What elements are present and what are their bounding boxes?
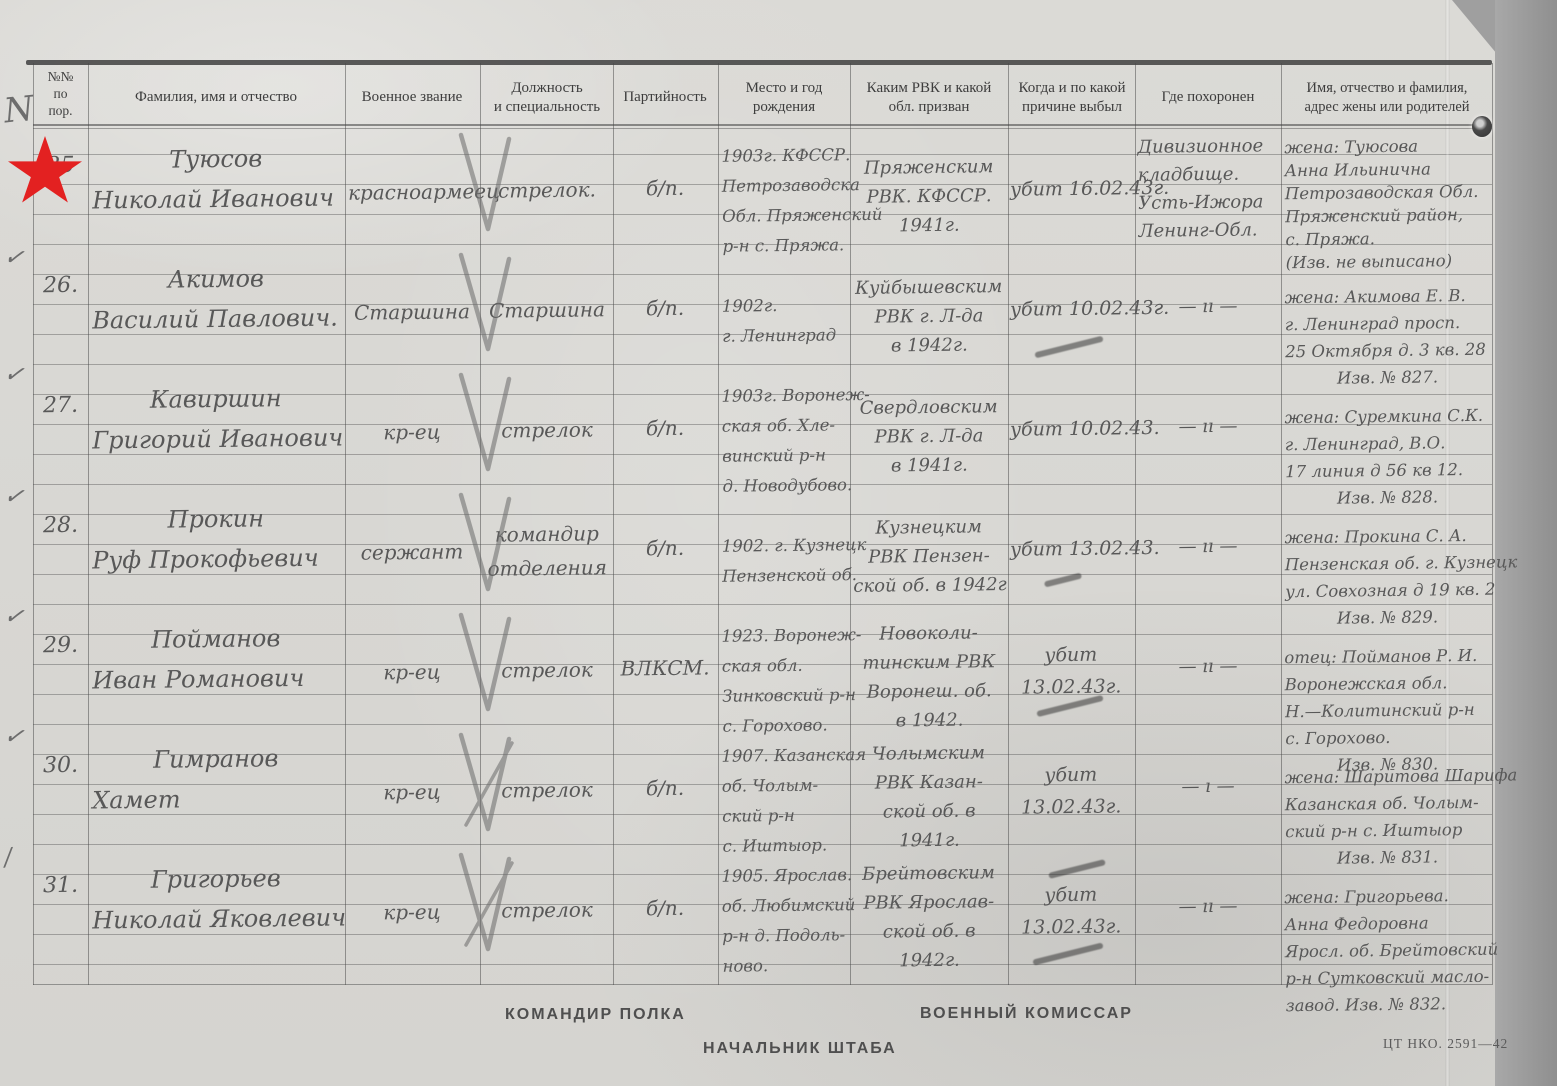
next-of-kin-address-line: Анна Федоровна xyxy=(1285,909,1489,938)
column-header-buried: Где похоронен xyxy=(1138,88,1278,106)
soldier-name-line: Хамет xyxy=(92,777,340,820)
pencil-check-stroke xyxy=(452,127,522,241)
drafting-rvk: КуйбышевскимРВК г. Л-дав 1942г. xyxy=(852,272,1005,361)
party-affiliation-line: б/п. xyxy=(616,292,714,323)
casualty-date-cause: убит13.02.43г. xyxy=(1010,758,1133,823)
column-divider xyxy=(718,63,719,985)
table-bottom-line xyxy=(33,984,1492,985)
casualty-date-cause-line: 13.02.43г. xyxy=(1010,790,1132,823)
next-of-kin-address-line: Н.—Колитинский р-н xyxy=(1285,696,1489,725)
drafting-rvk-line: тинским РВК xyxy=(853,647,1005,678)
column-header-family: Имя, отчество и фамилия,адрес жены или р… xyxy=(1285,79,1489,117)
birth-place-year-line: с. Иштыор. xyxy=(722,830,846,862)
birth-place-year-line: винский р-н xyxy=(722,440,846,472)
burial-place-line: Ленинг-Обл. xyxy=(1138,216,1278,246)
column-divider xyxy=(1008,63,1009,985)
party-affiliation: б/п. xyxy=(616,532,714,563)
birth-place-year-line: 1902г. xyxy=(722,290,846,322)
column-header-party: Партийность xyxy=(616,88,714,106)
drafting-rvk-line: РВК Пензен- xyxy=(853,541,1005,572)
drafting-rvk-line: ской об. в xyxy=(853,916,1005,947)
column-divider xyxy=(613,63,614,985)
next-of-kin-address-line: Казанская об. Чолым- xyxy=(1285,789,1489,818)
soldier-name-line: Николай Иванович xyxy=(92,177,340,220)
birth-place-year-line: ский р-н xyxy=(722,800,846,832)
column-header-left: Когда и по какойпричине выбыл xyxy=(1013,79,1131,117)
birth-place-year-line: 1903г. Воронеж- xyxy=(721,380,845,412)
form-number-stamp: ЦТ НКО. 2591—42 xyxy=(1383,1036,1508,1052)
column-header-line: Должность xyxy=(484,79,610,98)
column-header-line: Место и год xyxy=(722,79,846,98)
drafting-rvk-line: в 1941г. xyxy=(853,450,1005,481)
birth-place-year: 1903г. Воронеж-ская об. Хле-винский р-нд… xyxy=(721,380,846,502)
column-header-line: Имя, отчество и фамилия, xyxy=(1285,79,1489,98)
burial-place: — ıı — xyxy=(1138,292,1278,322)
next-of-kin-address-line: г. Ленинград просп. xyxy=(1285,309,1489,338)
next-of-kin-address-line: жена: Шаритова Шарифа xyxy=(1284,762,1488,791)
drafting-rvk-line: РВК Казан- xyxy=(853,767,1005,798)
drafting-rvk: КузнецкимРВК Пензен-ской об. в 1942г xyxy=(852,512,1005,601)
birth-place-year-line: об. Чолым- xyxy=(722,770,846,802)
drafting-rvk-line: ской об. в 1942г xyxy=(853,570,1005,601)
casualty-date-cause: убит 10.02.43г. xyxy=(1010,292,1132,325)
next-of-kin-address-line: Изв. № 828. xyxy=(1285,483,1489,512)
birth-place-year-line: Обл. Пряженский xyxy=(722,200,846,232)
next-of-kin-address-line: Изв. № 827. xyxy=(1285,363,1489,392)
drafting-rvk-line: в 1942. xyxy=(853,705,1005,736)
column-header-line: №№ xyxy=(33,68,88,85)
column-header-line: Фамилия, имя и отчество xyxy=(92,88,340,106)
drafting-rvk: СвердловскимРВК г. Л-дав 1941г. xyxy=(852,392,1005,481)
next-of-kin-address-line: Пензенская об. г. Кузнецк xyxy=(1285,549,1489,578)
column-header-line: и специальность xyxy=(484,98,610,117)
birth-place-year-line: р-н д. Подоль- xyxy=(722,920,846,952)
casualty-date-cause-line: 13.02.43г. xyxy=(1010,910,1132,943)
next-of-kin-address-line: жена: Прокина С. А. xyxy=(1284,522,1488,551)
column-header-pos: Должностьи специальность xyxy=(484,79,610,117)
casualty-date-cause-line: убит 10.02.43г. xyxy=(1010,292,1132,325)
next-of-kin-address-line: р-н Сутковский масло- xyxy=(1285,963,1489,992)
birth-place-year: 1902. г. КузнецкПензенской об. xyxy=(722,530,847,592)
birth-place-year-line: д. Новодубово. xyxy=(722,470,846,502)
column-divider xyxy=(850,63,851,985)
casualty-date-cause: убит 13.02.43. xyxy=(1010,532,1132,565)
drafting-rvk: Новоколи-тинским РВКВоронеш. об.в 1942. xyxy=(852,618,1005,736)
next-of-kin-address-line: ский р-н с. Иштыор xyxy=(1285,816,1489,845)
burial-place-line: Дивизионное xyxy=(1137,132,1277,162)
soldier-name-line: Туюсов xyxy=(92,137,340,180)
birth-place-year: 1923. Воронеж-ская обл.Зинковский р-нс. … xyxy=(721,620,846,742)
next-of-kin-address: отец: Пойманов Р. И.Воронежская обл.Н.—К… xyxy=(1284,642,1490,779)
column-header-rvk: Каким РВК и какойобл. призван xyxy=(853,79,1005,117)
column-divider xyxy=(1281,63,1282,985)
next-of-kin-address-line: жена: Суремкина С.К. xyxy=(1284,402,1488,431)
soldier-name-line: Григорьев xyxy=(92,857,340,900)
casualty-date-cause: убит13.02.43г. xyxy=(1010,878,1133,943)
casualty-date-cause: убит 10.02.43. xyxy=(1010,412,1132,445)
soldier-name-line: Акимов xyxy=(92,257,340,300)
birth-place-year-line: 1903г. КФССР. xyxy=(721,140,845,172)
drafting-rvk: ПряженскимРВК. КФССР.1941г. xyxy=(852,152,1005,241)
burial-place-line: — ıı — xyxy=(1138,532,1278,562)
next-of-kin-address-line: 17 линия д 56 кв 12. xyxy=(1285,456,1489,485)
next-of-kin-address: жена: Суремкина С.К.г. Ленинград, В.О.17… xyxy=(1284,402,1489,512)
party-affiliation-line: б/п. xyxy=(616,772,714,803)
burial-place: — ıı — xyxy=(1138,892,1278,922)
soldier-name-line: Григорий Иванович xyxy=(92,417,340,460)
next-of-kin-address-line: жена: Григорьева. xyxy=(1284,882,1488,911)
party-affiliation-line: б/п. xyxy=(616,412,714,443)
casualty-date-cause-line: убит xyxy=(1010,878,1132,911)
birth-place-year-line: Петрозаводска xyxy=(722,170,846,202)
next-of-kin-address-line: жена: Туюсова xyxy=(1284,134,1488,159)
burial-place-line: — ıı — xyxy=(1138,292,1278,322)
casualty-date-cause-line: 13.02.43г. xyxy=(1010,670,1132,703)
next-of-kin-address-line: отец: Пойманов Р. И. xyxy=(1284,642,1488,671)
birth-place-year-line: ново. xyxy=(722,950,846,982)
party-affiliation: б/п. xyxy=(616,412,714,443)
party-affiliation: б/п. xyxy=(616,892,714,923)
drafting-rvk-line: ской об. в xyxy=(853,796,1005,827)
drafting-rvk-line: РВК. КФССР. xyxy=(853,181,1005,212)
next-of-kin-address-line: Анна Ильинична xyxy=(1284,157,1488,182)
party-affiliation: б/п. xyxy=(616,772,714,803)
soldier-name: АкимовВасилий Павлович. xyxy=(92,257,341,340)
scanner-background-strip xyxy=(1495,0,1557,1086)
drafting-rvk-line: Куйбышевским xyxy=(852,272,1004,303)
drafting-rvk-line: 1942г. xyxy=(853,945,1005,976)
birth-place-year-line: об. Любимский xyxy=(722,890,846,922)
next-of-kin-address-line: Изв. № 829. xyxy=(1285,603,1489,632)
soldier-name: ПрокинРуф Прокофьевич xyxy=(92,497,341,580)
burial-place-line: — ı — xyxy=(1138,772,1278,802)
row-number-line: 28. xyxy=(33,511,88,542)
column-header-line: Когда и по какой xyxy=(1013,79,1131,98)
birth-place-year-line: Зинковский р-н xyxy=(722,680,846,712)
next-of-kin-address-line: жена: Акимова Е. В. xyxy=(1284,282,1488,311)
pencil-check-stroke xyxy=(452,847,522,961)
column-header-line: Где похоронен xyxy=(1138,88,1278,106)
pencil-check-stroke xyxy=(452,607,522,721)
drafting-rvk-line: Новоколи- xyxy=(852,618,1004,649)
drafting-rvk-line: 1941г. xyxy=(853,825,1005,856)
birth-place-year-line: с. Горохово. xyxy=(722,710,846,742)
header-separator-line xyxy=(33,124,1492,126)
column-header-line: пор. xyxy=(33,102,88,119)
scanned-casualty-register-page: №№попор.Фамилия, имя и отчествоВоенное з… xyxy=(0,0,1557,1086)
soldier-name-line: Василий Павлович. xyxy=(92,297,340,340)
burial-place-line: кладбище. xyxy=(1138,160,1278,190)
drafting-rvk-line: Чолымским xyxy=(852,738,1004,769)
soldier-name-line: Иван Романович xyxy=(92,657,340,700)
burial-place: — ıı — xyxy=(1138,532,1278,562)
party-affiliation: ВЛКСМ. xyxy=(616,652,714,683)
birth-place-year: 1902г.г. Ленинград xyxy=(722,290,847,352)
drafting-rvk-line: РВК г. Л-да xyxy=(853,301,1005,332)
row-number-line: 31. xyxy=(33,871,88,902)
party-affiliation: б/п. xyxy=(616,172,714,203)
casualty-date-cause: убит13.02.43г. xyxy=(1010,638,1133,703)
drafting-rvk-line: в 1942г. xyxy=(853,330,1005,361)
soldier-name-line: Прокин xyxy=(92,497,340,540)
next-of-kin-address: жена: Прокина С. А.Пензенская об. г. Куз… xyxy=(1284,522,1489,632)
margin-check-mark: ✓ xyxy=(2,721,26,752)
punch-hole xyxy=(1472,116,1492,137)
pencil-check-stroke xyxy=(452,487,522,601)
row-number: 27. xyxy=(33,391,88,422)
soldier-name-line: Николай Яковлевич xyxy=(92,897,340,940)
column-header-line: причине выбыл xyxy=(1013,98,1131,117)
soldier-name: ПоймановИван Романович xyxy=(92,617,341,700)
column-header-line: Военное звание xyxy=(348,88,476,106)
drafting-rvk-line: Свердловским xyxy=(852,392,1004,423)
party-affiliation-line: б/п. xyxy=(616,532,714,563)
soldier-name: ТуюсовНиколай Иванович xyxy=(92,137,341,220)
birth-place-year-line: Пензенской об. xyxy=(722,560,846,592)
margin-check-mark: ✓ xyxy=(2,242,26,273)
next-of-kin-address-line: (Изв. не выписано) xyxy=(1286,249,1490,274)
next-of-kin-address-line: 25 Октября д. 3 кв. 28 xyxy=(1285,336,1489,365)
row-number-line: 30. xyxy=(33,751,88,782)
birth-place-year: 1907. Казанскаяоб. Чолым-ский р-нс. Ишты… xyxy=(721,740,846,862)
row-number: 26. xyxy=(33,271,88,302)
column-header-line: Партийность xyxy=(616,88,714,106)
birth-place-year-line: 1907. Казанская xyxy=(721,740,845,772)
casualty-date-cause-line: убит 10.02.43. xyxy=(1010,412,1132,445)
pencil-check-stroke xyxy=(452,367,522,481)
burial-place: Дивизионноекладбище.Усть-ИжораЛенинг-Обл… xyxy=(1137,132,1278,246)
drafting-rvk: ЧолымскимРВК Казан-ской об. в1941г. xyxy=(852,738,1005,856)
next-of-kin-address: жена: ТуюсоваАнна ИльиничнаПетрозаводска… xyxy=(1284,134,1490,274)
burial-place: — ı — xyxy=(1138,772,1278,802)
column-header-num: №№попор. xyxy=(33,68,88,119)
column-header-line: адрес жены или родителей xyxy=(1285,98,1489,117)
casualty-date-cause-line: убит 13.02.43. xyxy=(1010,532,1132,565)
soldier-name-line: Кавиршин xyxy=(92,377,340,420)
next-of-kin-address-line: Яросл. об. Брейтовский xyxy=(1285,936,1489,965)
next-of-kin-address-line: с. Пряжа. xyxy=(1285,226,1489,251)
next-of-kin-address-line: Петрозаводская Обл. xyxy=(1285,180,1489,205)
margin-check-mark: ✓ xyxy=(2,359,26,390)
chief-of-staff-label: НАЧАЛЬНИК ШТАБА xyxy=(703,1040,897,1058)
row-number: 30. xyxy=(33,751,88,782)
column-divider xyxy=(88,63,89,985)
row-number: 29. xyxy=(33,631,88,662)
next-of-kin-address: жена: Шаритова ШарифаКазанская об. Чолым… xyxy=(1284,762,1489,872)
next-of-kin-address-line: Пряженский район, xyxy=(1285,203,1489,228)
drafting-rvk-line: Воронеш. об. xyxy=(853,676,1005,707)
column-divider xyxy=(1135,63,1136,985)
row-number-line: 29. xyxy=(33,631,88,662)
table-top-border xyxy=(26,60,1492,65)
casualty-date-cause-line: убит xyxy=(1010,758,1132,791)
row-number-line: 27. xyxy=(33,391,88,422)
column-divider xyxy=(345,63,346,985)
row-number-line: 26. xyxy=(33,271,88,302)
drafting-rvk-line: 1941г. xyxy=(853,210,1005,241)
drafting-rvk: БрейтовскимРВК Ярослав-ской об. в1942г. xyxy=(852,858,1005,976)
drafting-rvk-line: РВК Ярослав- xyxy=(853,887,1005,918)
next-of-kin-address-line: завод. Изв. № 832. xyxy=(1286,990,1490,1019)
soldier-name-line: Гимранов xyxy=(92,737,340,780)
pencil-check-stroke xyxy=(452,727,522,841)
military-commissar-label: ВОЕННЫЙ КОМИССАР xyxy=(920,1005,1133,1023)
row-number: 28. xyxy=(33,511,88,542)
column-header-birth: Место и годрождения xyxy=(722,79,846,117)
drafting-rvk-line: Кузнецким xyxy=(852,512,1004,543)
birth-place-year-line: 1923. Воронеж- xyxy=(721,620,845,652)
row-number: 31. xyxy=(33,871,88,902)
birth-place-year-line: г. Ленинград xyxy=(722,320,846,352)
drafting-rvk-line: Брейтовским xyxy=(852,858,1004,889)
column-header-line: Каким РВК и какой xyxy=(853,79,1005,98)
burial-place: — ıı — xyxy=(1138,412,1278,442)
birth-place-year-line: р-н с. Пряжа. xyxy=(722,230,846,262)
birth-place-year: 1903г. КФССР.ПетрозаводскаОбл. Пряженски… xyxy=(721,140,846,262)
party-affiliation-line: б/п. xyxy=(616,892,714,923)
drafting-rvk-line: Пряженским xyxy=(852,152,1004,183)
birth-place-year-line: 1902. г. Кузнецк xyxy=(722,530,846,562)
next-of-kin-address: жена: Григорьева.Анна ФедоровнаЯросл. об… xyxy=(1284,882,1490,1019)
birth-place-year: 1905. Ярослав.об. Любимскийр-н д. Подоль… xyxy=(721,860,846,982)
burial-place: — ıı — xyxy=(1138,652,1278,682)
burial-place-line: Усть-Ижора xyxy=(1138,188,1278,218)
margin-check-mark: ✓ xyxy=(2,481,26,512)
column-header-line: рождения xyxy=(722,98,846,117)
birth-place-year-line: ская обл. xyxy=(722,650,846,682)
soldier-name: КавиршинГригорий Иванович xyxy=(92,377,341,460)
soldier-name-line: Пойманов xyxy=(92,617,340,660)
burial-place-line: — ıı — xyxy=(1138,652,1278,682)
casualty-date-cause-line: убит 16.02.43г. xyxy=(1010,172,1132,205)
casualty-date-cause: убит 16.02.43г. xyxy=(1010,172,1132,205)
pencil-check-stroke xyxy=(452,247,522,361)
column-divider xyxy=(1492,63,1493,985)
next-of-kin-address-line: Изв. № 831. xyxy=(1285,843,1489,872)
commander-of-regiment-label: КОМАНДИР ПОЛКА xyxy=(505,1006,686,1024)
burial-place-line: — ıı — xyxy=(1138,412,1278,442)
next-of-kin-address-line: ул. Совхозная д 19 кв. 2 xyxy=(1285,576,1489,605)
column-header-line: обл. призван xyxy=(853,98,1005,117)
next-of-kin-address: жена: Акимова Е. В.г. Ленинград просп.25… xyxy=(1284,282,1489,392)
header-separator-line-2 xyxy=(33,128,1492,129)
drafting-rvk-line: РВК г. Л-да xyxy=(853,421,1005,452)
burial-place-line: — ıı — xyxy=(1138,892,1278,922)
column-header-rank: Военное звание xyxy=(348,88,476,106)
party-affiliation-line: ВЛКСМ. xyxy=(616,652,714,683)
margin-pencil-mark: N xyxy=(2,89,36,132)
margin-pencil-mark: ∕ xyxy=(3,843,14,872)
next-of-kin-address-line: с. Горохово. xyxy=(1285,723,1489,752)
party-affiliation-line: б/п. xyxy=(616,172,714,203)
birth-place-year-line: ская об. Хле- xyxy=(722,410,846,442)
next-of-kin-address-line: г. Ленинград, В.О. xyxy=(1285,429,1489,458)
soldier-name: ГимрановХамет xyxy=(92,737,341,820)
soldier-name-line: Руф Прокофьевич xyxy=(92,537,340,580)
column-header-line: по xyxy=(33,85,88,102)
margin-check-mark: ✓ xyxy=(2,601,26,632)
birth-place-year-line: 1905. Ярослав. xyxy=(721,860,845,892)
party-affiliation: б/п. xyxy=(616,292,714,323)
column-header-name: Фамилия, имя и отчество xyxy=(92,88,340,106)
casualty-date-cause-line: убит xyxy=(1010,638,1132,671)
soldier-name: ГригорьевНиколай Яковлевич xyxy=(92,857,341,940)
next-of-kin-address-line: Воронежская обл. xyxy=(1285,669,1489,698)
